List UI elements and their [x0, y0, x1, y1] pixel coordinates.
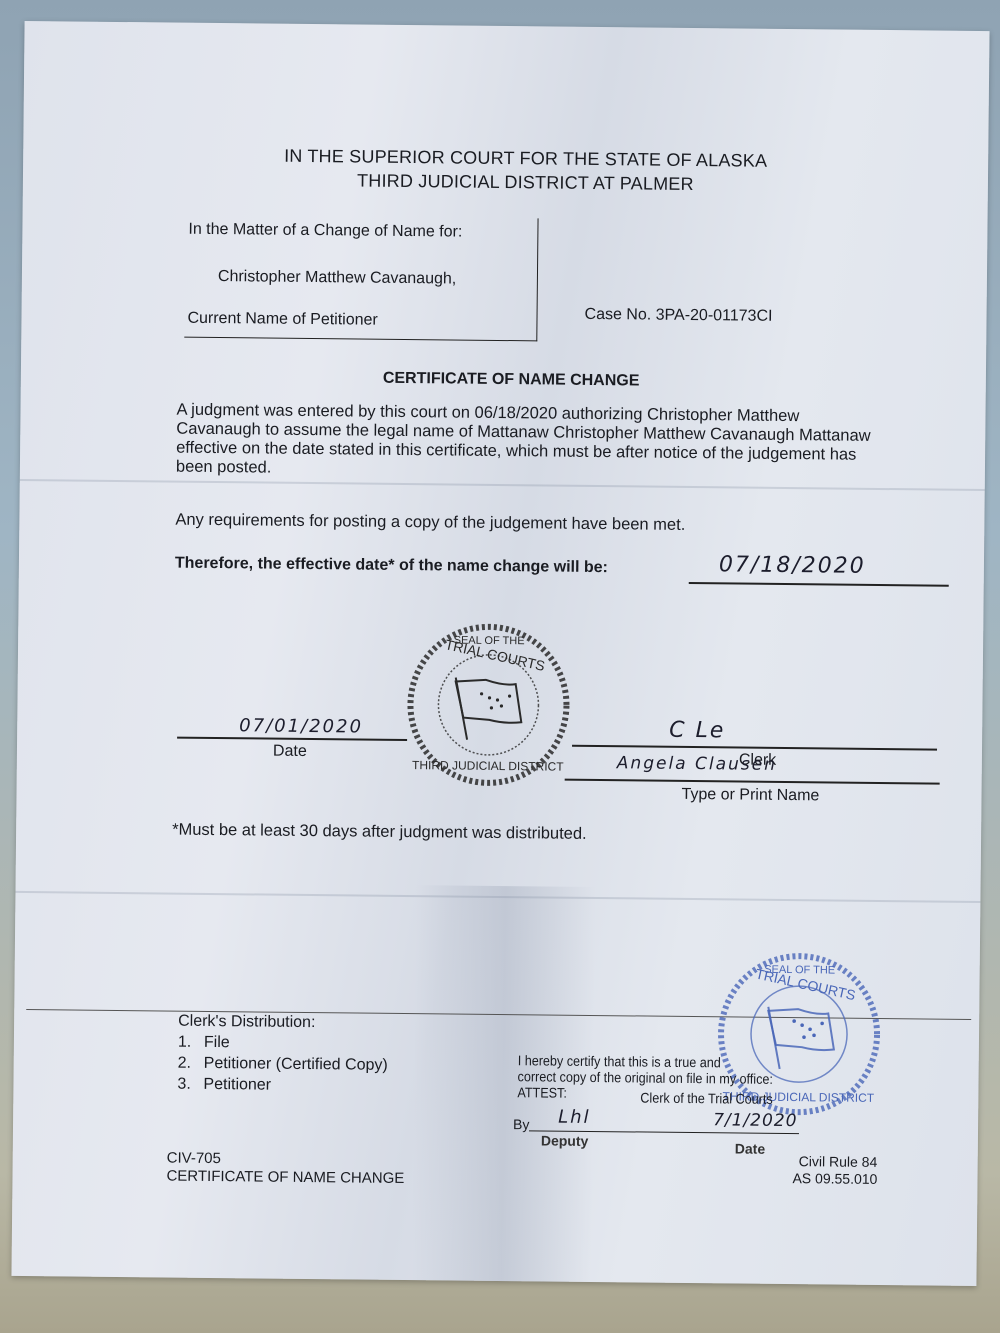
distribution-item-label: File — [204, 1034, 230, 1051]
by-label: By — [513, 1116, 530, 1132]
attestation-date-value: 7/1/2020 — [713, 1110, 798, 1131]
effective-date-value: 07/18/2020 — [719, 552, 866, 579]
svg-text:THIRD JUDICIAL DISTRICT: THIRD JUDICIAL DISTRICT — [412, 758, 564, 774]
distribution-item-label: Petitioner — [203, 1076, 271, 1094]
distribution-item: 1.File — [178, 1034, 230, 1053]
printed-name-line — [565, 779, 940, 784]
distribution-heading: Clerk's Distribution: — [178, 1013, 315, 1032]
distribution-item-number: 1. — [178, 1034, 204, 1052]
signature-date-value: 07/01/2020 — [239, 715, 363, 737]
case-number: Case No. 3PA-20-01173CI — [584, 306, 772, 326]
judgment-paragraph: A judgment was entered by this court on … — [176, 401, 967, 485]
matter-label: In the Matter of a Change of Name for: — [188, 221, 462, 242]
distribution-item-number: 2. — [178, 1055, 204, 1073]
printed-name-value: Angela Clausen — [617, 753, 777, 775]
attestation-date-label: Date — [735, 1140, 766, 1156]
form-number: CIV-705 — [167, 1150, 221, 1168]
deputy-signature: Lhl — [558, 1107, 591, 1128]
clerk-of-courts: Clerk of the Trial Courts — [640, 1089, 773, 1106]
distribution-item: 2.Petitioner (Certified Copy) — [178, 1055, 388, 1075]
date-label: Date — [273, 743, 307, 761]
civil-rule: Civil Rule 84 — [799, 1153, 878, 1170]
distribution-item-number: 3. — [177, 1076, 203, 1094]
printed-name-label: Type or Print Name — [681, 786, 819, 805]
distribution-item: 3.Petitioner — [177, 1076, 271, 1095]
effective-date-label: Therefore, the effective date* of the na… — [175, 555, 608, 578]
form-title: CERTIFICATE OF NAME CHANGE — [166, 1168, 404, 1187]
footnote: *Must be at least 30 days after judgment… — [172, 821, 587, 844]
distribution-item-label: Petitioner (Certified Copy) — [204, 1055, 388, 1074]
statute-reference: AS 09.55.010 — [792, 1170, 877, 1187]
deputy-label: Deputy — [541, 1132, 589, 1148]
clerk-signature-line — [572, 745, 937, 750]
requirements-text: Any requirements for posting a copy of t… — [175, 511, 685, 535]
court-seal-icon: SEAL OF THE TRIAL COURTS THIRD JUDICIAL … — [393, 619, 585, 791]
clerk-signature: C Le — [669, 718, 725, 744]
petitioner-label: Current Name of Petitioner — [187, 310, 377, 330]
certificate-document: IN THE SUPERIOR COURT FOR THE STATE OF A… — [11, 21, 989, 1286]
effective-date-line — [689, 582, 949, 586]
date-signature-line — [177, 737, 407, 741]
petitioner-name: Christopher Matthew Cavanaugh, — [218, 268, 457, 288]
attest-label: ATTEST: — [517, 1084, 567, 1101]
certificate-title: CERTIFICATE OF NAME CHANGE — [383, 370, 640, 391]
